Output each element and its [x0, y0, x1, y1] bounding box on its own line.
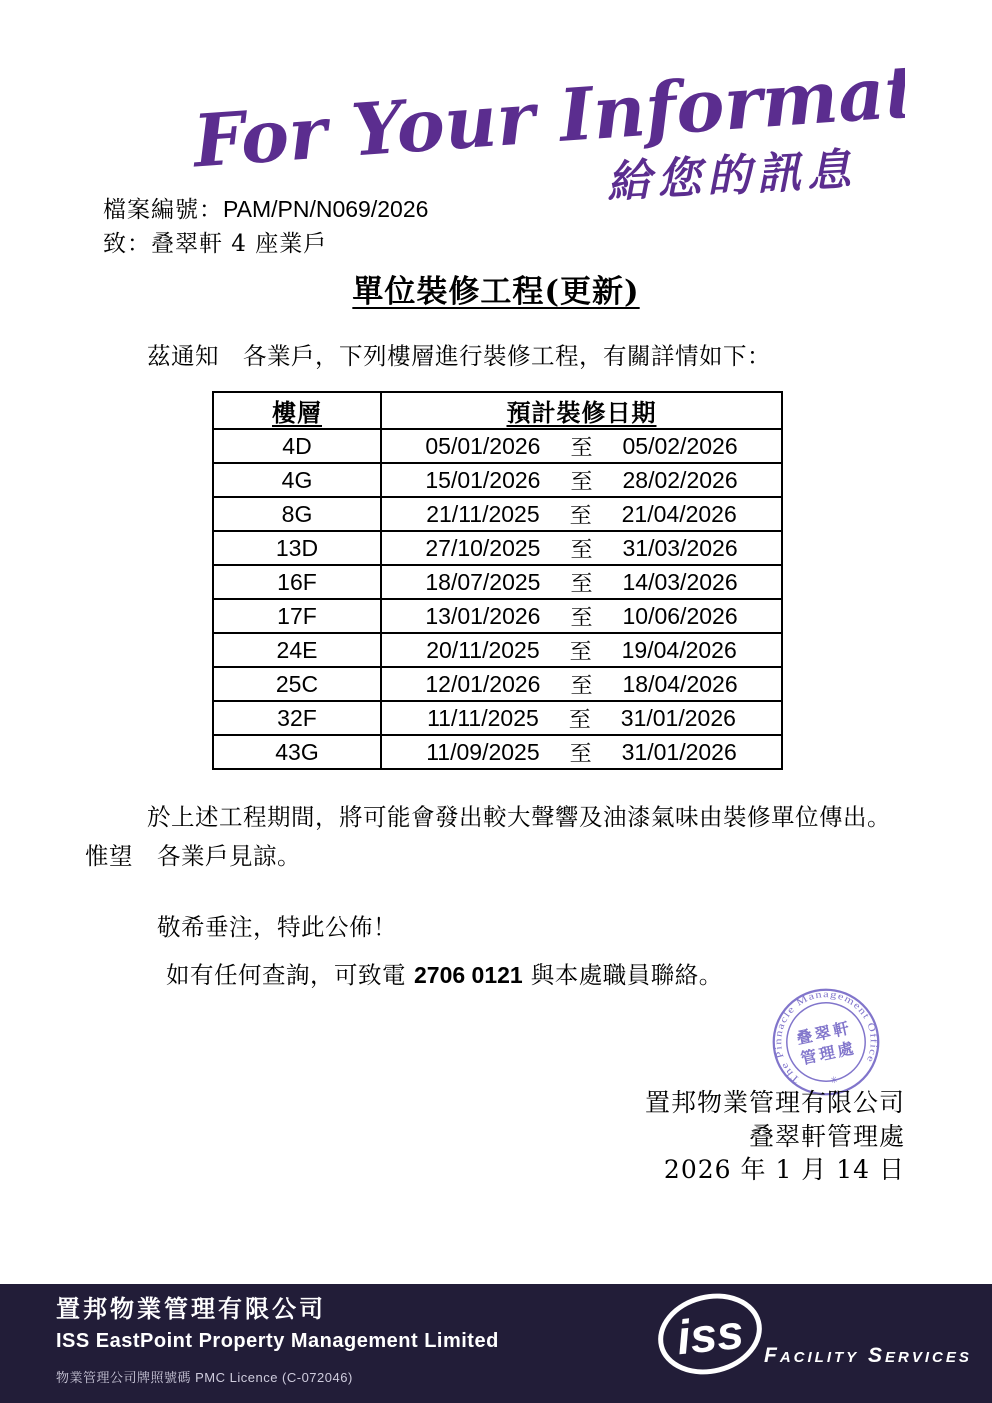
start-date: 12/01/2026: [425, 671, 540, 698]
floor-cell: 17F: [213, 599, 381, 633]
office-stamp: The Pinnacle Management Office 叠翠軒 管理處 ✳: [762, 986, 890, 1098]
start-date: 11/11/2025: [427, 705, 539, 732]
table-row: 32F11/11/2025至31/01/2026: [213, 701, 782, 735]
dates-column-header: 預計裝修日期: [381, 392, 782, 429]
table-header-row: 樓層 預計裝修日期: [213, 392, 782, 429]
renovation-table-body: 4D05/01/2026至05/02/20264G15/01/2026至28/0…: [213, 429, 782, 769]
phone-number: 2706 0121: [414, 962, 523, 988]
floor-cell: 4G: [213, 463, 381, 497]
table-row: 43G11/09/2025至31/01/2026: [213, 735, 782, 769]
announcement-paragraph: 敬希垂注，特此公佈！: [157, 908, 397, 947]
start-date: 05/01/2026: [425, 433, 540, 460]
table-row: 8G21/11/2025至21/04/2026: [213, 497, 782, 531]
footer-bar: 置邦物業管理有限公司 ISS EastPoint Property Manage…: [0, 1284, 992, 1403]
floor-cell: 16F: [213, 565, 381, 599]
start-date: 27/10/2025: [425, 535, 540, 562]
renovation-table: 樓層 預計裝修日期 4D05/01/2026至05/02/20264G15/01…: [212, 391, 783, 770]
footer-text-block: 置邦物業管理有限公司 ISS EastPoint Property Manage…: [56, 1295, 499, 1386]
fyi-logo: For Your Information 給您的訊息: [185, 40, 905, 205]
table-row: 16F18/07/2025至14/03/2026: [213, 565, 782, 599]
floor-cell: 32F: [213, 701, 381, 735]
file-number-line: 檔案編號：PAM/PN/N069/2026: [103, 191, 428, 224]
date-cell: 27/10/2025至31/03/2026: [381, 531, 782, 565]
end-date: 21/04/2026: [622, 501, 737, 528]
date-cell: 05/01/2026至05/02/2026: [381, 429, 782, 463]
floor-cell: 8G: [213, 497, 381, 531]
floor-cell: 25C: [213, 667, 381, 701]
end-date: 19/04/2026: [622, 637, 737, 664]
signature-office: 叠翠軒管理處: [405, 1120, 905, 1154]
to-word: 至: [570, 567, 592, 598]
footer-company-zh: 置邦物業管理有限公司: [56, 1295, 499, 1325]
file-number-value: PAM/PN/N069/2026: [223, 196, 428, 222]
to-word: 至: [570, 499, 592, 530]
table-row: 13D27/10/2025至31/03/2026: [213, 531, 782, 565]
start-date: 15/01/2026: [425, 467, 540, 494]
to-word: 至: [570, 431, 592, 462]
date-cell: 15/01/2026至28/02/2026: [381, 463, 782, 497]
end-date: 10/06/2026: [623, 603, 738, 630]
date-cell: 21/11/2025至21/04/2026: [381, 497, 782, 531]
enquiry-suffix: 與本處職員聯絡。: [523, 961, 723, 989]
end-date: 31/01/2026: [621, 705, 736, 732]
start-date: 21/11/2025: [426, 501, 539, 528]
end-date: 28/02/2026: [623, 467, 738, 494]
floor-cell: 24E: [213, 633, 381, 667]
notice-page: For Your Information 給您的訊息 檔案編號：PAM/PN/N…: [0, 0, 992, 1403]
to-word: 至: [570, 601, 592, 632]
signature-company: 置邦物業管理有限公司: [405, 1086, 905, 1120]
date-cell: 11/11/2025至31/01/2026: [381, 701, 782, 735]
to-word: 至: [570, 533, 592, 564]
to-word: 至: [570, 635, 592, 666]
addressee-line: 致：叠翠軒 4 座業戶: [103, 225, 327, 258]
iss-logo-text: iss: [674, 1306, 746, 1366]
to-word: 至: [570, 465, 592, 496]
notice-title: 單位裝修工程(更新): [0, 266, 992, 311]
date-cell: 20/11/2025至19/04/2026: [381, 633, 782, 667]
date-cell: 11/09/2025至31/01/2026: [381, 735, 782, 769]
noise-notice-paragraph: 於上述工程期間，將可能會發出較大聲響及油漆氣味由裝修單位傳出。惟望 各業戶見諒。: [85, 798, 909, 876]
to-word: 至: [570, 737, 592, 768]
floor-cell: 43G: [213, 735, 381, 769]
table-row: 17F13/01/2026至10/06/2026: [213, 599, 782, 633]
end-date: 31/03/2026: [623, 535, 738, 562]
start-date: 18/07/2025: [425, 569, 540, 596]
end-date: 18/04/2026: [623, 671, 738, 698]
enquiry-prefix: 如有任何查詢，可致電: [166, 961, 414, 989]
floor-column-header: 樓層: [213, 392, 381, 429]
start-date: 20/11/2025: [426, 637, 539, 664]
end-date: 31/01/2026: [622, 739, 737, 766]
end-date: 14/03/2026: [623, 569, 738, 596]
file-number-label: 檔案編號：: [103, 197, 223, 223]
date-cell: 13/01/2026至10/06/2026: [381, 599, 782, 633]
table-row: 4D05/01/2026至05/02/2026: [213, 429, 782, 463]
floor-header-label: 樓層: [272, 398, 322, 427]
stamp-star-icon: ✳: [829, 1074, 839, 1086]
end-date: 05/02/2026: [623, 433, 738, 460]
to-word: 至: [569, 703, 591, 734]
iss-tagline: Facility Services: [764, 1344, 972, 1367]
start-date: 13/01/2026: [425, 603, 540, 630]
signature-block: 置邦物業管理有限公司 叠翠軒管理處 2026 年 1 月 14 日: [405, 1086, 905, 1187]
footer-licence: 物業管理公司牌照號碼 PMC Licence (C-072046): [56, 1367, 499, 1386]
table-row: 25C12/01/2026至18/04/2026: [213, 667, 782, 701]
start-date: 11/09/2025: [426, 739, 539, 766]
to-word: 至: [570, 669, 592, 700]
fyi-chinese-calligraphy: 給您的訊息: [606, 144, 858, 205]
floor-cell: 4D: [213, 429, 381, 463]
enquiry-paragraph: 如有任何查詢，可致電 2706 0121 與本處職員聯絡。: [166, 956, 723, 995]
date-cell: 12/01/2026至18/04/2026: [381, 667, 782, 701]
iss-facility-services-logo: iss Facility Services: [648, 1290, 978, 1390]
floor-cell: 13D: [213, 531, 381, 565]
signature-date: 2026 年 1 月 14 日: [405, 1153, 905, 1187]
table-row: 24E20/11/2025至19/04/2026: [213, 633, 782, 667]
footer-company-en: ISS EastPoint Property Management Limite…: [56, 1327, 499, 1355]
table-row: 4G15/01/2026至28/02/2026: [213, 463, 782, 497]
date-cell: 18/07/2025至14/03/2026: [381, 565, 782, 599]
dates-header-label: 預計裝修日期: [507, 398, 657, 427]
intro-paragraph: 茲通知 各業戶，下列樓層進行裝修工程，有關詳情如下：: [147, 337, 771, 371]
